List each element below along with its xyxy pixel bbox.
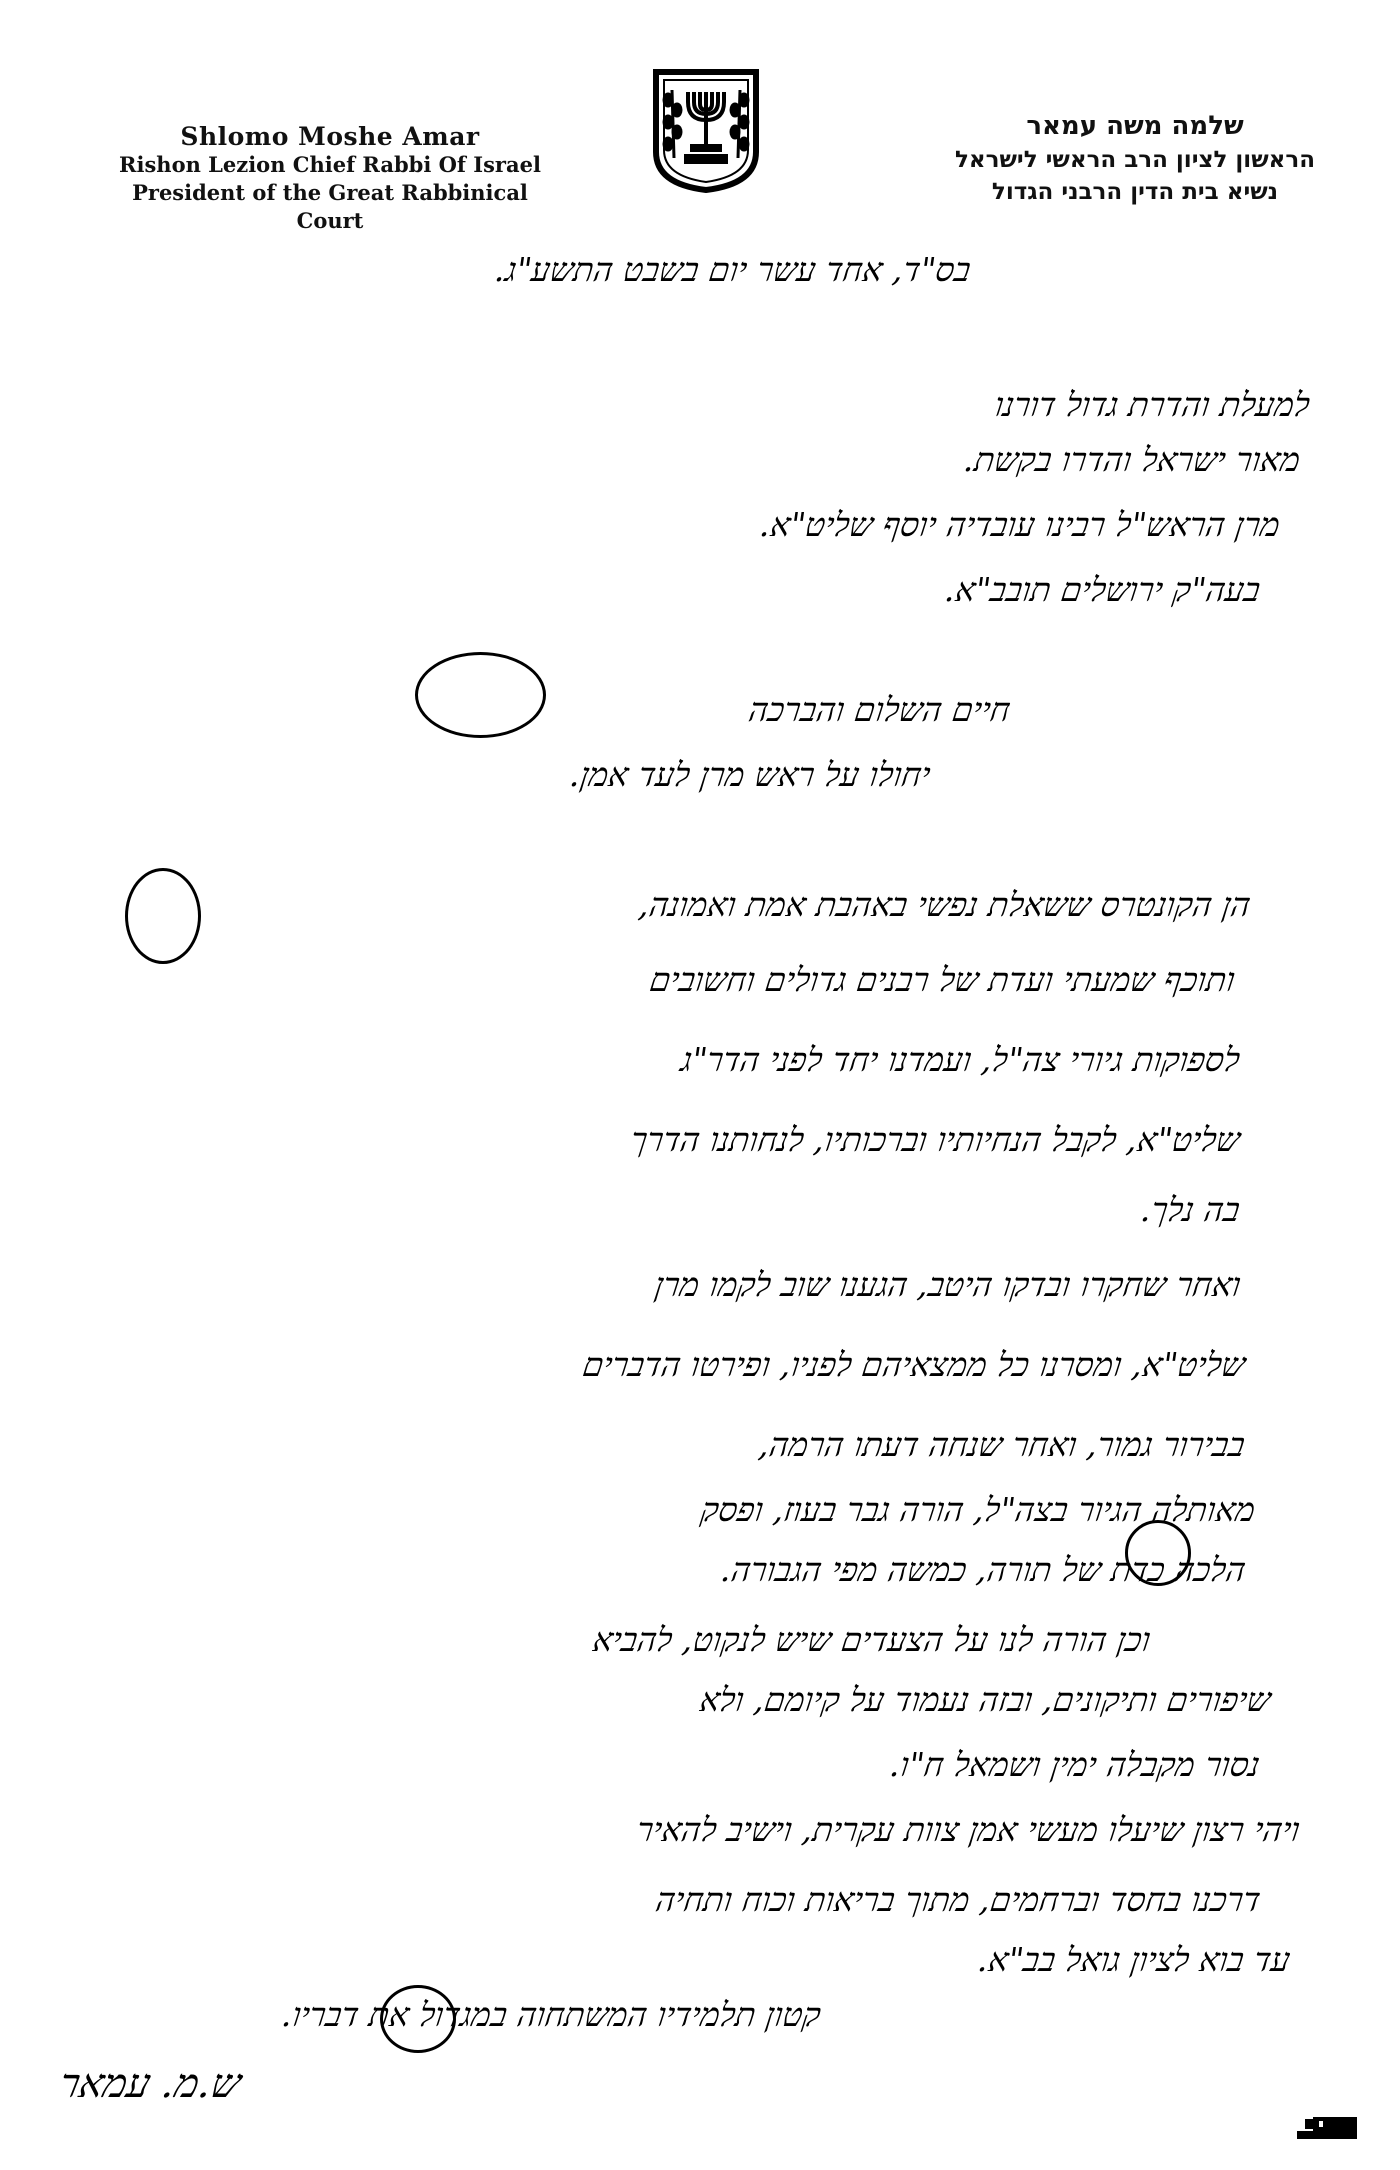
body-line: הן הקונטרס ששאלת נפשי באהבת אמת ואמונה, bbox=[636, 885, 1253, 925]
body-line: בה נלך. bbox=[1139, 1190, 1243, 1230]
israel-emblem-icon bbox=[650, 66, 762, 194]
body-line: ואחר שחקרו ובדקו היטב, הגענו שוב לקמו מר… bbox=[652, 1265, 1243, 1305]
address-line: בעה"ק ירושלים תובב"א. bbox=[942, 570, 1263, 610]
body-line: שליט"א, ומסרנו כל ממצאיהם לפניו, ופירטו … bbox=[580, 1345, 1248, 1385]
address-line: למעלת והדרת גדול דורנו bbox=[993, 385, 1313, 425]
body-line: וכן הורה לנו על הצעדים שיש לנקוט, להביא bbox=[590, 1620, 1153, 1660]
body-line: שליט"א, לקבל הנחיותיו וברכותיו, לנחותנו … bbox=[628, 1120, 1242, 1160]
letterhead-hebrew-role: נשיא בית הדין הרבני הגדול bbox=[905, 176, 1365, 208]
circled-mark bbox=[125, 868, 201, 964]
letterhead-english-name: Shlomo Moshe Amar bbox=[105, 122, 555, 151]
body-line: מאותלה הגיור בצה"ל, הורה גבר בעוז, ופסק bbox=[698, 1490, 1258, 1530]
address-line: מאור ישראל והדרו בקשת. bbox=[961, 440, 1303, 480]
letterhead-hebrew: שלמה משה עמאר הראשון לציון הרב הראשי ליש… bbox=[905, 108, 1365, 208]
letterhead-english: Shlomo Moshe Amar Rishon Lezion Chief Ra… bbox=[105, 122, 555, 235]
closing-line: קטון תלמידיו המשתחוה במגדול את דבריו. bbox=[279, 1995, 823, 2035]
signature: ש.מ. עמאר bbox=[55, 2060, 245, 2107]
body-line: הלכה כדת של תורה, כמשה מפי הגבורה. bbox=[718, 1550, 1248, 1590]
circled-mark bbox=[415, 652, 546, 738]
body-line: לספוקות גיורי צה"ל, ועמדנו יחד לפני הדר"… bbox=[679, 1040, 1243, 1080]
letterhead-hebrew-title: הראשון לציון הרב הראשי לישראל bbox=[905, 144, 1365, 176]
greeting-line: חיים השלום והברכה bbox=[746, 690, 1013, 730]
stamp-icon bbox=[1295, 2115, 1357, 2143]
address-line: מרן הראש"ל רבינו עובדיה יוסף שליט"א. bbox=[757, 505, 1282, 545]
body-line: עד בוא לציון גואל בב"א. bbox=[975, 1940, 1293, 1980]
body-line: נסור מקבלה ימין ושמאל ח"ו. bbox=[888, 1745, 1263, 1785]
letter-page: Shlomo Moshe Amar Rishon Lezion Chief Ra… bbox=[0, 0, 1400, 2170]
body-line: דרכנו בחסד וברחמים, מתוך בריאות וכוח ותח… bbox=[653, 1880, 1263, 1920]
greeting-line: יחולו על ראש מרן לעד אמן. bbox=[567, 755, 933, 795]
letterhead-hebrew-name: שלמה משה עמאר bbox=[905, 108, 1365, 144]
body-line: בבירור גמור, ואחר שנחה דעתו הרמה, bbox=[757, 1425, 1248, 1465]
letterhead-english-title: Rishon Lezion Chief Rabbi Of Israel bbox=[105, 151, 555, 179]
body-line: ויהי רצון שיעלו מעשי אמן צוות עקרית, ויש… bbox=[635, 1810, 1303, 1850]
date-line: בס"ד, אחד עשר יום בשבט התשע"ג. bbox=[492, 250, 973, 290]
letterhead-english-role: President of the Great Rabbinical Court bbox=[105, 179, 555, 235]
body-line: שיפורים ותיקונים, ובזה נעמוד על קיומם, ו… bbox=[697, 1680, 1273, 1720]
body-line: ותוכף שמעתי ועדת של רבנים גדולים וחשובים bbox=[647, 960, 1237, 1000]
